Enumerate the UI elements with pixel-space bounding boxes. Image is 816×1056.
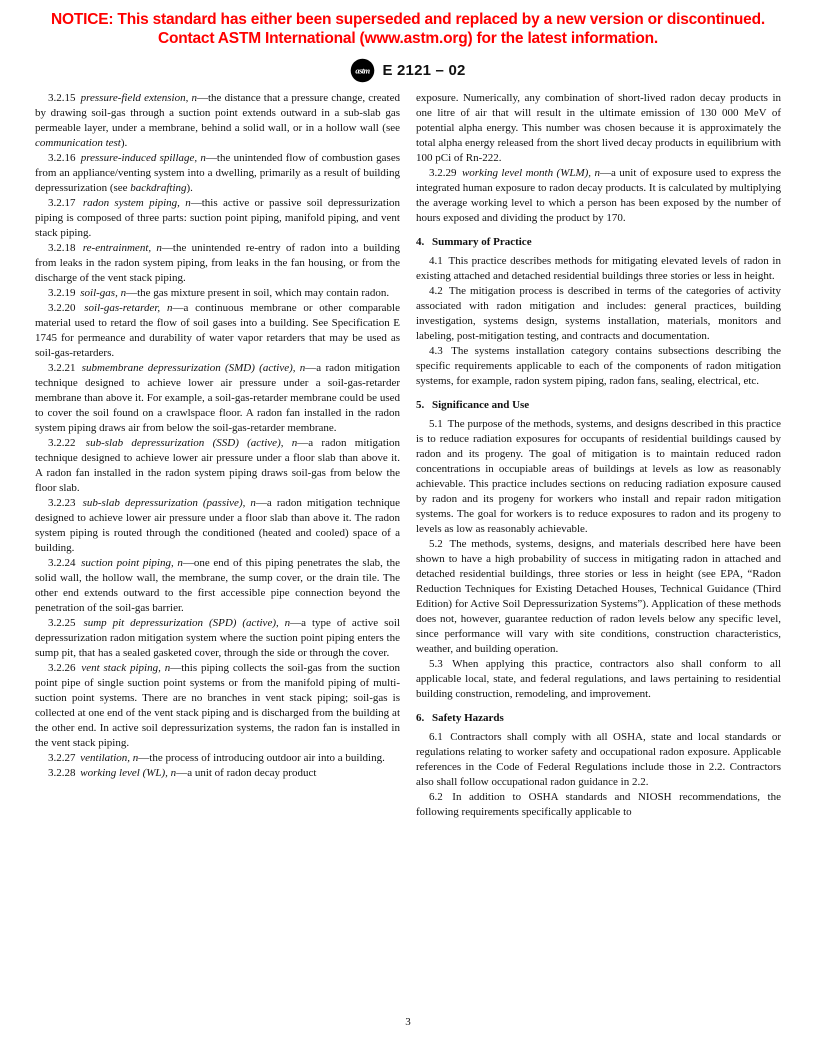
paragraph-text: —the process of introducing outdoor air … — [138, 752, 385, 764]
paragraph-number: 4.2 — [429, 285, 443, 297]
section-heading: 4. Summary of Practice — [416, 235, 781, 250]
definition-paragraph: 3.2.22 sub-slab depressurization (SSD) (… — [35, 436, 400, 496]
paragraph-text: —a unit of radon decay product — [176, 767, 316, 779]
defined-term: ventilation, n — [80, 752, 138, 764]
paragraph-text: ). — [121, 137, 127, 149]
paragraph-text: The systems installation category contai… — [416, 345, 781, 387]
definition-paragraph: 3.2.20 soil-gas-retarder, n—a continuous… — [35, 301, 400, 361]
definition-paragraph: 3.2.19 soil-gas, n—the gas mixture prese… — [35, 286, 400, 301]
body-paragraph: 4.3 The systems installation category co… — [416, 344, 781, 389]
definition-paragraph: 3.2.15 pressure-field extension, n—the d… — [35, 91, 400, 151]
body-paragraph: 4.2 The mitigation process is described … — [416, 284, 781, 344]
paragraph-number: 6.1 — [429, 731, 443, 743]
left-column: 3.2.15 pressure-field extension, n—the d… — [35, 91, 400, 820]
notice-banner: NOTICE: This standard has either been su… — [0, 10, 816, 48]
paragraph-text: ). — [187, 182, 193, 194]
paragraph-number: 3.2.25 — [48, 617, 76, 629]
section-number: 5. — [416, 399, 424, 411]
defined-term: backdrafting — [130, 182, 186, 194]
defined-term: sub-slab depressurization (SSD) (active)… — [86, 437, 297, 449]
paragraph-number: 3.2.27 — [48, 752, 76, 764]
defined-term: sump pit depressurization (SPD) (active)… — [83, 617, 290, 629]
defined-term: working level (WL), n — [80, 767, 176, 779]
paragraph-text: Summary of Practice — [432, 236, 532, 248]
paragraph-text: —the gas mixture present in soil, which … — [126, 287, 389, 299]
body-paragraph: 5.2 The methods, systems, designs, and m… — [416, 537, 781, 657]
right-column: exposure. Numerically, any combination o… — [416, 91, 781, 820]
definition-paragraph: 3.2.24 suction point piping, n—one end o… — [35, 556, 400, 616]
paragraph-text: Significance and Use — [432, 399, 529, 411]
definition-paragraph: 3.2.17 radon system piping, n—this activ… — [35, 196, 400, 241]
paragraph-text: When applying this practice, contractors… — [416, 658, 781, 700]
paragraph-number: 5.1 — [429, 418, 443, 430]
document-header: astm E 2121 – 02 — [0, 56, 816, 84]
standard-designation: E 2121 – 02 — [382, 62, 465, 79]
svg-text:astm: astm — [356, 65, 371, 75]
body-paragraph: 5.1 The purpose of the methods, systems,… — [416, 417, 781, 537]
defined-term: sub-slab depressurization (passive), n — [83, 497, 256, 509]
paragraph-text: The mitigation process is described in t… — [416, 285, 781, 342]
defined-term: vent stack piping, n — [81, 662, 170, 674]
defined-term: soil-gas, n — [80, 287, 126, 299]
definition-paragraph: 3.2.25 sump pit depressurization (SPD) (… — [35, 616, 400, 661]
paragraph-number: 3.2.29 — [429, 167, 457, 179]
paragraph-number: 3.2.23 — [48, 497, 76, 509]
defined-term: pressure-field extension, n — [81, 92, 197, 104]
page-number: 3 — [405, 1016, 411, 1028]
definition-paragraph: 3.2.18 re-entrainment, n—the unintended … — [35, 241, 400, 286]
paragraph-number: 4.1 — [429, 255, 443, 267]
paragraph-number: 6.2 — [429, 791, 443, 803]
paragraph-text: This practice describes methods for miti… — [416, 255, 781, 282]
defined-term: submembrane depressurization (SMD) (acti… — [82, 362, 306, 374]
paragraph-number: 3.2.28 — [48, 767, 76, 779]
definition-paragraph: 3.2.26 vent stack piping, n—this piping … — [35, 661, 400, 751]
paragraph-number: 3.2.17 — [48, 197, 76, 209]
defined-term: communication test — [35, 137, 121, 149]
paragraph-number: 3.2.26 — [48, 662, 76, 674]
paragraph-number: 5.2 — [429, 538, 443, 550]
paragraph-text: Contractors shall comply with all OSHA, … — [416, 731, 781, 788]
section-number: 4. — [416, 236, 424, 248]
notice-line-1: NOTICE: This standard has either been su… — [0, 10, 816, 29]
section-heading: 6. Safety Hazards — [416, 711, 781, 726]
definition-paragraph: 3.2.28 working level (WL), n—a unit of r… — [35, 766, 400, 781]
paragraph-text: Safety Hazards — [432, 712, 504, 724]
continuation-paragraph: exposure. Numerically, any combination o… — [416, 91, 781, 166]
paragraph-number: 3.2.16 — [48, 152, 76, 164]
document-page: { "notice": { "line1": "NOTICE: This sta… — [0, 0, 816, 1056]
paragraph-text: In addition to OSHA standards and NIOSH … — [416, 791, 781, 818]
defined-term: suction point piping, n — [81, 557, 183, 569]
defined-term: soil-gas-retarder, n — [84, 302, 172, 314]
definition-paragraph: 3.2.21 submembrane depressurization (SMD… — [35, 361, 400, 436]
paragraph-text: —this piping collects the soil-gas from … — [35, 662, 400, 749]
body-paragraph: 6.2 In addition to OSHA standards and NI… — [416, 790, 781, 820]
paragraph-number: 3.2.21 — [48, 362, 76, 374]
definition-paragraph: 3.2.16 pressure-induced spillage, n—the … — [35, 151, 400, 196]
paragraph-number: 3.2.22 — [48, 437, 76, 449]
page-footer: 3 — [0, 1016, 816, 1028]
defined-term: re-entrainment, n — [83, 242, 162, 254]
definition-paragraph: 3.2.23 sub-slab depressurization (passiv… — [35, 496, 400, 556]
definition-paragraph: 3.2.27 ventilation, n—the process of int… — [35, 751, 400, 766]
paragraph-number: 3.2.19 — [48, 287, 76, 299]
notice-line-2: Contact ASTM International (www.astm.org… — [0, 29, 816, 48]
paragraph-text: The methods, systems, designs, and mater… — [416, 538, 781, 655]
defined-term: radon system piping, n — [83, 197, 191, 209]
page-body: 3.2.15 pressure-field extension, n—the d… — [35, 91, 781, 820]
astm-logo-icon: astm — [350, 58, 375, 83]
section-number: 6. — [416, 712, 424, 724]
defined-term: working level month (WLM), n — [462, 167, 600, 179]
body-paragraph: 6.1 Contractors shall comply with all OS… — [416, 730, 781, 790]
definition-paragraph: 3.2.29 working level month (WLM), n—a un… — [416, 166, 781, 226]
paragraph-number: 3.2.24 — [48, 557, 76, 569]
paragraph-number: 3.2.18 — [48, 242, 76, 254]
paragraph-text: exposure. Numerically, any combination o… — [416, 92, 781, 164]
paragraph-number: 5.3 — [429, 658, 443, 670]
defined-term: pressure-induced spillage, n — [81, 152, 206, 164]
paragraph-number: 3.2.20 — [48, 302, 76, 314]
paragraph-number: 4.3 — [429, 345, 443, 357]
section-heading: 5. Significance and Use — [416, 398, 781, 413]
body-paragraph: 4.1 This practice describes methods for … — [416, 254, 781, 284]
paragraph-text: The purpose of the methods, systems, and… — [416, 418, 781, 535]
body-paragraph: 5.3 When applying this practice, contrac… — [416, 657, 781, 702]
paragraph-number: 3.2.15 — [48, 92, 76, 104]
